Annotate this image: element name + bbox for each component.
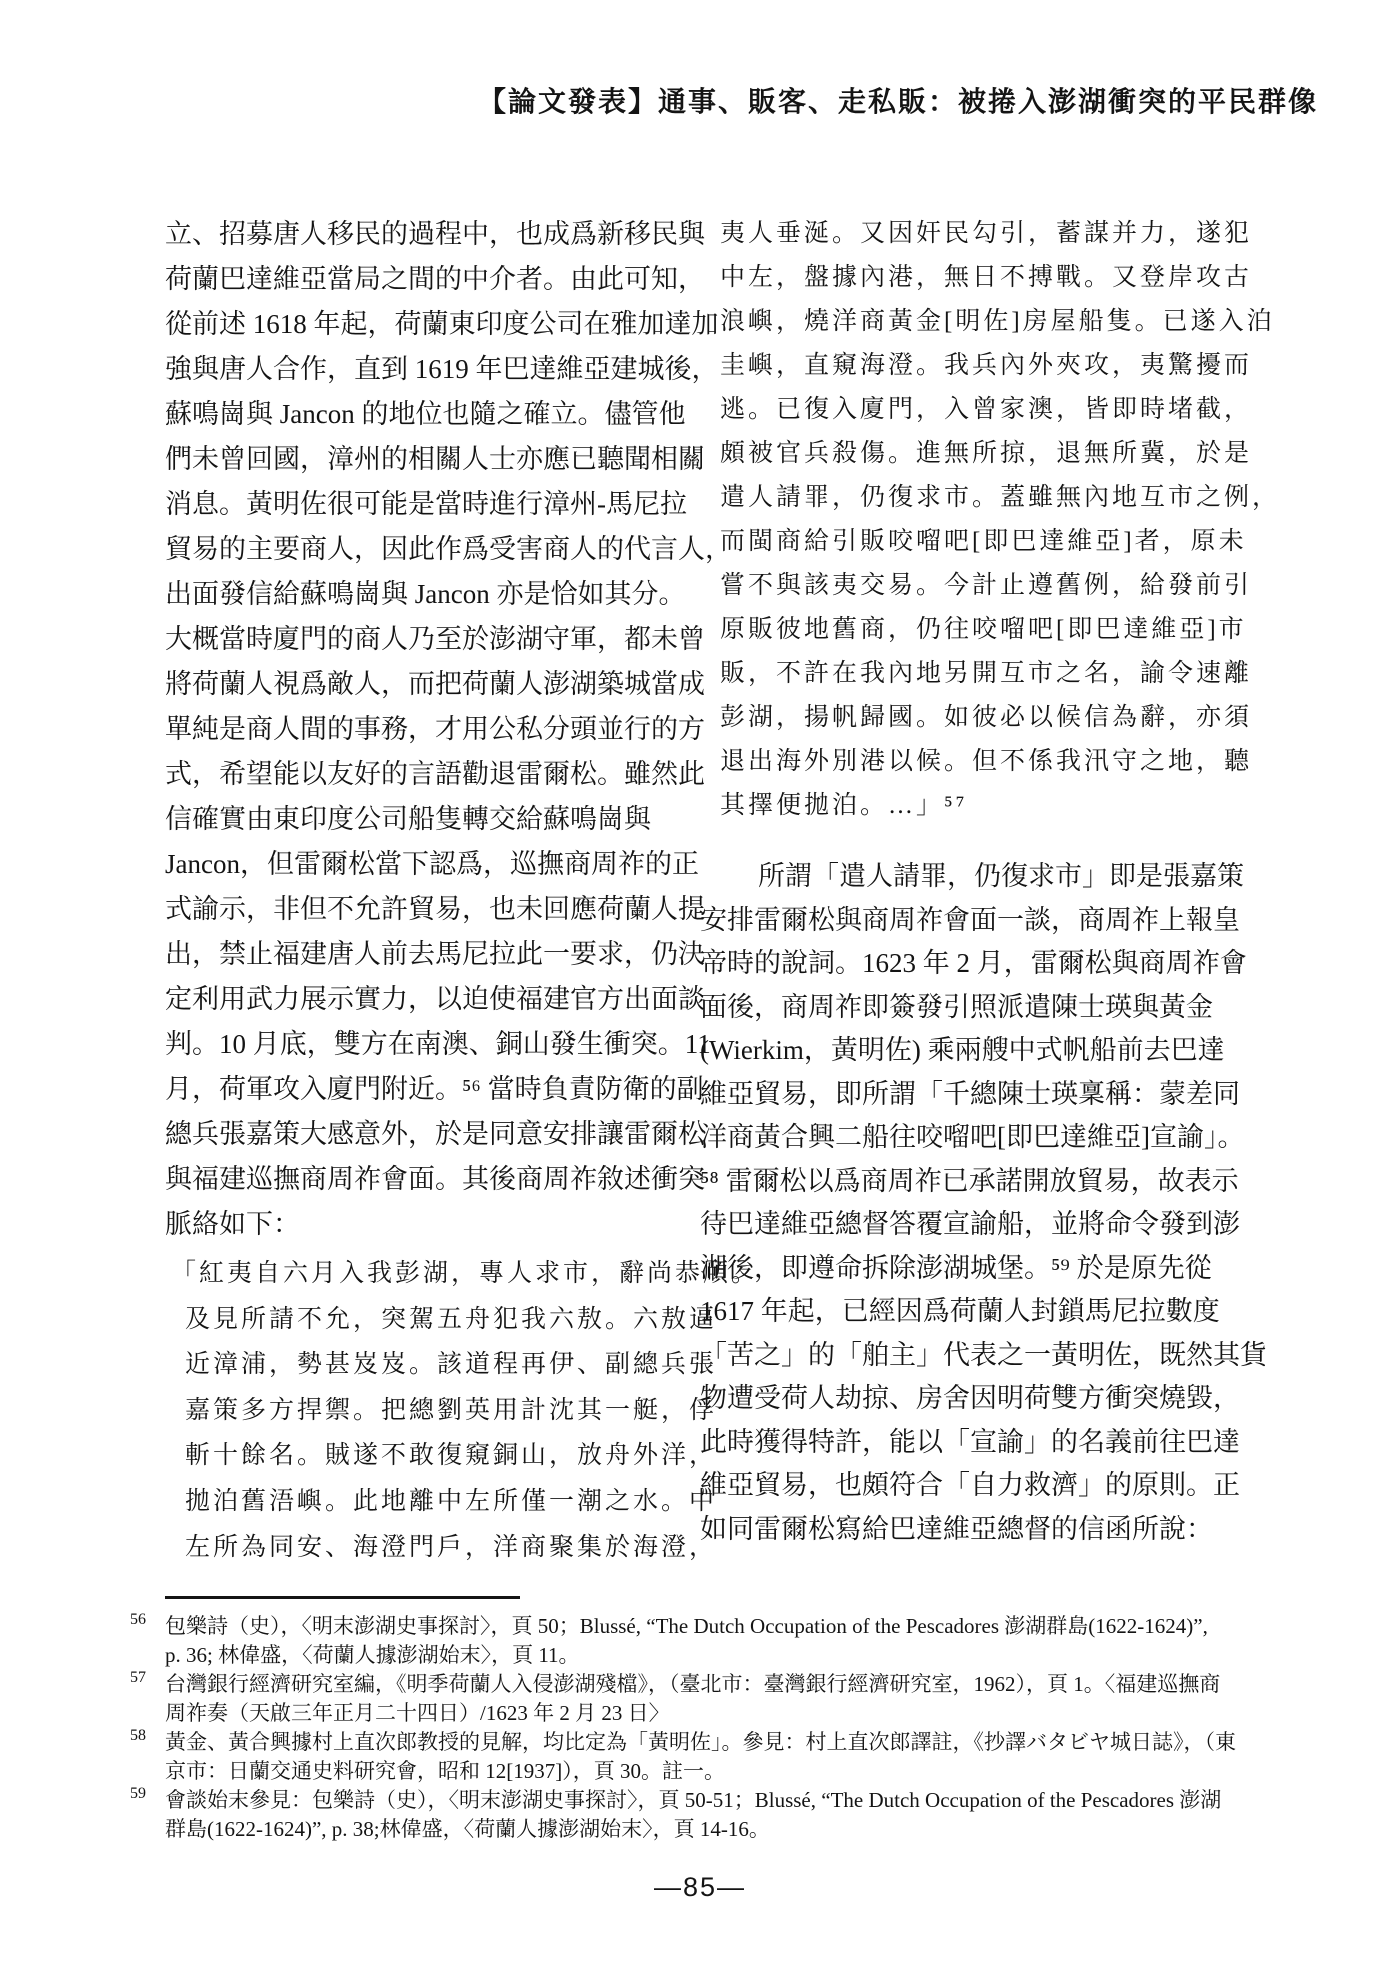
footnote-number: 56	[130, 1611, 146, 1629]
footnote-number: 59	[130, 1785, 146, 1803]
footnote-lines: 包樂詩（史），〈明末澎湖史事探討〉，頁 50；Blussé, “The Dutc…	[165, 1612, 1290, 1670]
quote-text-line: 「紅夷自六月入我彭湖，專人求市，辭尚恭順。	[185, 1251, 687, 1297]
body-text-line: 從前述 1618 年起，荷蘭東印度公司在雅加達加	[165, 302, 687, 347]
body-text-line: 湖後，即遵命拆除澎湖城堡。⁵⁹ 於是原先從	[700, 1247, 1246, 1291]
body-text-line: 物遭受荷人劫掠、房舍因明荷雙方衝突燒毀，	[700, 1377, 1246, 1421]
right-column: 夷人垂涎。又因奸民勾引，蓄謀并力，遂犯中左，盤據內港，無日不搏戰。又登岸攻古浪嶼…	[700, 212, 1246, 1551]
body-text-line: 總兵張嘉策大感意外，於是同意安排讓雷爾松	[165, 1112, 687, 1157]
quote-text-line: 彭湖，揚帆歸國。如彼必以候信為辭，亦須	[720, 696, 1246, 740]
left-column: 立、招募唐人移民的過程中，也成爲新移民與荷蘭巴達維亞當局之間的中介者。由此可知，…	[165, 212, 687, 1570]
body-text-line: 強與唐人合作，直到 1619 年巴達維亞建城後，	[165, 347, 687, 392]
footnote-text-line: 台灣銀行經濟研究室編，《明季荷蘭人入侵澎湖殘檔》，（臺北市：臺灣銀行經濟研究室，…	[165, 1670, 1290, 1699]
body-text-line: 蘇鳴崗與 Jancon 的地位也隨之確立。儘管他	[165, 392, 687, 437]
body-text-line: 定利用武力展示實力，以迫使福建官方出面談	[165, 977, 687, 1022]
quote-text-line: 退出海外別港以候。但不係我汛守之地，聽	[720, 740, 1246, 784]
body-text-line: 消息。黃明佐很可能是當時進行漳州-馬尼拉	[165, 482, 687, 527]
left-quote-block: 「紅夷自六月入我彭湖，專人求市，辭尚恭順。及見所請不允，突駕五舟犯我六敖。六敖逼…	[185, 1251, 687, 1570]
right-body-lines: 安排雷爾松與商周祚會面一談，商周祚上報皇帝時的說詞。1623 年 2 月，雷爾松…	[700, 899, 1246, 1552]
body-text-line: 「苦之」的「舶主」代表之一黃明佐，既然其貨	[700, 1334, 1246, 1378]
quote-text-line: 嘗不與該夷交易。今計止遵舊例，給發前引	[720, 564, 1246, 608]
quote-text-line: 圭嶼，直窺海澄。我兵內外夾攻，夷驚擾而	[720, 344, 1246, 388]
body-text-line: 判。10 月底，雙方在南澳、銅山發生衝突。11	[165, 1022, 687, 1067]
body-text-line: 將荷蘭人視爲敵人，而把荷蘭人澎湖築城當成	[165, 662, 687, 707]
footnote-text-line: 會談始末參見：包樂詩（史），〈明末澎湖史事探討〉，頁 50-51；Blussé,…	[165, 1786, 1290, 1815]
quote-text-line: 原販彼地舊商，仍往咬𠺕吧[即巴達維亞]市	[720, 608, 1246, 652]
body-text-line: 維亞貿易，即所謂「千總陳士瑛稟稱：蒙差同	[700, 1073, 1246, 1117]
body-text-line: 荷蘭巴達維亞當局之間的中介者。由此可知，	[165, 257, 687, 302]
body-text-line: 出面發信給蘇鳴崗與 Jancon 亦是恰如其分。	[165, 572, 687, 617]
body-text-line: 安排雷爾松與商周祚會面一談，商周祚上報皇	[700, 899, 1246, 943]
body-text-line: 大概當時廈門的商人乃至於澎湖守軍，都未曾	[165, 617, 687, 662]
quote-text-line: 逃。已復入廈門，入曾家澳，皆即時堵截，	[720, 388, 1246, 432]
quote-text-line: 拋泊舊浯嶼。此地離中左所僅一潮之水。中	[185, 1479, 687, 1525]
quote-text-line: 浪嶼，燒洋商黃金[明佐]房屋船隻。已遂入泊	[720, 300, 1246, 344]
right-body-paragraph: 所謂「遣人請罪，仍復求市」即是張嘉策 安排雷爾松與商周祚會面一談，商周祚上報皇帝…	[700, 855, 1246, 1551]
footnote-lines: 台灣銀行經濟研究室編，《明季荷蘭人入侵澎湖殘檔》，（臺北市：臺灣銀行經濟研究室，…	[165, 1670, 1290, 1728]
footnote-text-line: 周祚奏（天啟三年正月二十四日）/1623 年 2 月 23 日〉	[165, 1699, 1290, 1728]
quote-text-line: 嘉策多方捍禦。把總劉英用計沈其一艇，俘	[185, 1388, 687, 1434]
body-text-line: 出，禁止福建唐人前去馬尼拉此一要求，仍決	[165, 932, 687, 977]
footnote-56: 56 包樂詩（史），〈明末澎湖史事探討〉，頁 50；Blussé, “The D…	[130, 1612, 1290, 1670]
body-text-line: 立、招募唐人移民的過程中，也成爲新移民與	[165, 212, 687, 257]
footnote-lines: 會談始末參見：包樂詩（史），〈明末澎湖史事探討〉，頁 50-51；Blussé,…	[165, 1786, 1290, 1844]
footnote-number: 58	[130, 1727, 146, 1745]
quote-text-line: 頗被官兵殺傷。進無所掠，退無所冀，於是	[720, 432, 1246, 476]
body-text-line: 維亞貿易，也頗符合「自力救濟」的原則。正	[700, 1464, 1246, 1508]
footnotes-section: 56 包樂詩（史），〈明末澎湖史事探討〉，頁 50；Blussé, “The D…	[130, 1612, 1290, 1844]
body-text-line: 貿易的主要商人，因此作爲受害商人的代言人，	[165, 527, 687, 572]
body-text-line: Jancon，但雷爾松當下認爲，巡撫商周祚的正	[165, 842, 687, 887]
footnote-57: 57 台灣銀行經濟研究室編，《明季荷蘭人入侵澎湖殘檔》，（臺北市：臺灣銀行經濟研…	[130, 1670, 1290, 1728]
body-text-line: (Wierkim，黃明佐) 乘兩艘中式帆船前去巴達	[700, 1029, 1246, 1073]
body-text-line: 帝時的說詞。1623 年 2 月，雷爾松與商周祚會	[700, 942, 1246, 986]
quote-text-line: 斬十餘名。賊遂不敢復窺銅山，放舟外洋，	[185, 1433, 687, 1479]
footnote-lines: 黃金、黃合興據村上直次郎教授的見解，均比定為「黃明佐」。參見：村上直次郎譯註，《…	[165, 1728, 1290, 1786]
page-number: —85—	[0, 1872, 1400, 1903]
quote-text-line: 近漳浦，勢甚岌岌。該道程再伊、副總兵張	[185, 1342, 687, 1388]
body-text-line: 脈絡如下：	[165, 1202, 687, 1247]
quote-text-line: 中左，盤據內港，無日不搏戰。又登岸攻古	[720, 256, 1246, 300]
body-text-line: 月，荷軍攻入廈門附近。⁵⁶ 當時負責防衛的副	[165, 1067, 687, 1112]
footnote-text-line: 黃金、黃合興據村上直次郎教授的見解，均比定為「黃明佐」。參見：村上直次郎譯註，《…	[165, 1728, 1290, 1757]
document-page: 【論文發表】通事、販客、走私販：被捲入澎湖衝突的平民群像 立、招募唐人移民的過程…	[0, 0, 1400, 1980]
right-quote-block: 夷人垂涎。又因奸民勾引，蓄謀并力，遂犯中左，盤據內港，無日不搏戰。又登岸攻古浪嶼…	[720, 212, 1246, 828]
body-text-line: 此時獲得特許，能以「宣諭」的名義前往巴達	[700, 1421, 1246, 1465]
body-text-line: 如同雷爾松寫給巴達維亞總督的信函所說：	[700, 1508, 1246, 1552]
footnote-separator-rule	[165, 1596, 520, 1599]
footnote-text-line: 包樂詩（史），〈明末澎湖史事探討〉，頁 50；Blussé, “The Dutc…	[165, 1612, 1290, 1641]
footnote-number: 57	[130, 1669, 146, 1687]
quote-text-line: 及見所請不允，突駕五舟犯我六敖。六敖逼	[185, 1297, 687, 1343]
body-text-line: 單純是商人間的事務，才用公私分頭並行的方	[165, 707, 687, 752]
body-text-line: 待巴達維亞總督答覆宣諭船，並將命令發到澎	[700, 1203, 1246, 1247]
body-text-line: ⁵⁸ 雷爾松以爲商周祚已承諾開放貿易，故表示	[700, 1160, 1246, 1204]
body-text-line: 面後，商周祚即簽發引照派遣陳士瑛與黃金	[700, 986, 1246, 1030]
quote-text-line: 夷人垂涎。又因奸民勾引，蓄謀并力，遂犯	[720, 212, 1246, 256]
body-text-line: 所謂「遣人請罪，仍復求市」即是張嘉策	[700, 855, 1246, 899]
footnote-text-line: p. 36; 林偉盛，〈荷蘭人據澎湖始末〉，頁 11。	[165, 1641, 1290, 1670]
quote-text-line: 左所為同安、海澄門戶，洋商聚集於海澄，	[185, 1525, 687, 1571]
quote-text-line: 而閩商給引販咬𠺕吧[即巴達維亞]者，原未	[720, 520, 1246, 564]
body-text-line: 式諭示，非但不允許貿易，也未回應荷蘭人提	[165, 887, 687, 932]
quote-text-line: 遣人請罪，仍復求市。蓋雖無內地互市之例，	[720, 476, 1246, 520]
body-text-line: 與福建巡撫商周祚會面。其後商周祚敘述衝突	[165, 1157, 687, 1202]
running-header: 【論文發表】通事、販客、走私販：被捲入澎湖衝突的平民群像	[478, 80, 1318, 120]
footnote-text-line: 京市：日蘭交通史料研究會，昭和 12[1937]），頁 30。註一。	[165, 1757, 1290, 1786]
body-text-line: 信確實由東印度公司船隻轉交給蘇鳴崗與	[165, 797, 687, 842]
body-text-line: 1617 年起，已經因爲荷蘭人封鎖馬尼拉數度	[700, 1290, 1246, 1334]
quote-text-line: 販，不許在我內地另開互市之名，諭令速離	[720, 652, 1246, 696]
footnote-59: 59 會談始末參見：包樂詩（史），〈明末澎湖史事探討〉，頁 50-51；Blus…	[130, 1786, 1290, 1844]
footnote-text-line: 群島(1622-1624)”, p. 38;林偉盛，〈荷蘭人據澎湖始末〉，頁 1…	[165, 1815, 1290, 1844]
footnote-58: 58 黃金、黃合興據村上直次郎教授的見解，均比定為「黃明佐」。參見：村上直次郎譯…	[130, 1728, 1290, 1786]
body-text-line: 洋商黃合興二船往咬𠺕吧[即巴達維亞]宣諭」。	[700, 1116, 1246, 1160]
body-text-line: 們未曾回國，漳州的相關人士亦應已聽聞相關	[165, 437, 687, 482]
body-text-line: 式，希望能以友好的言語勸退雷爾松。雖然此	[165, 752, 687, 797]
left-body-paragraph: 立、招募唐人移民的過程中，也成爲新移民與荷蘭巴達維亞當局之間的中介者。由此可知，…	[165, 212, 687, 1247]
quote-text-line: 其擇便拋泊。…」⁵⁷	[720, 784, 1246, 828]
